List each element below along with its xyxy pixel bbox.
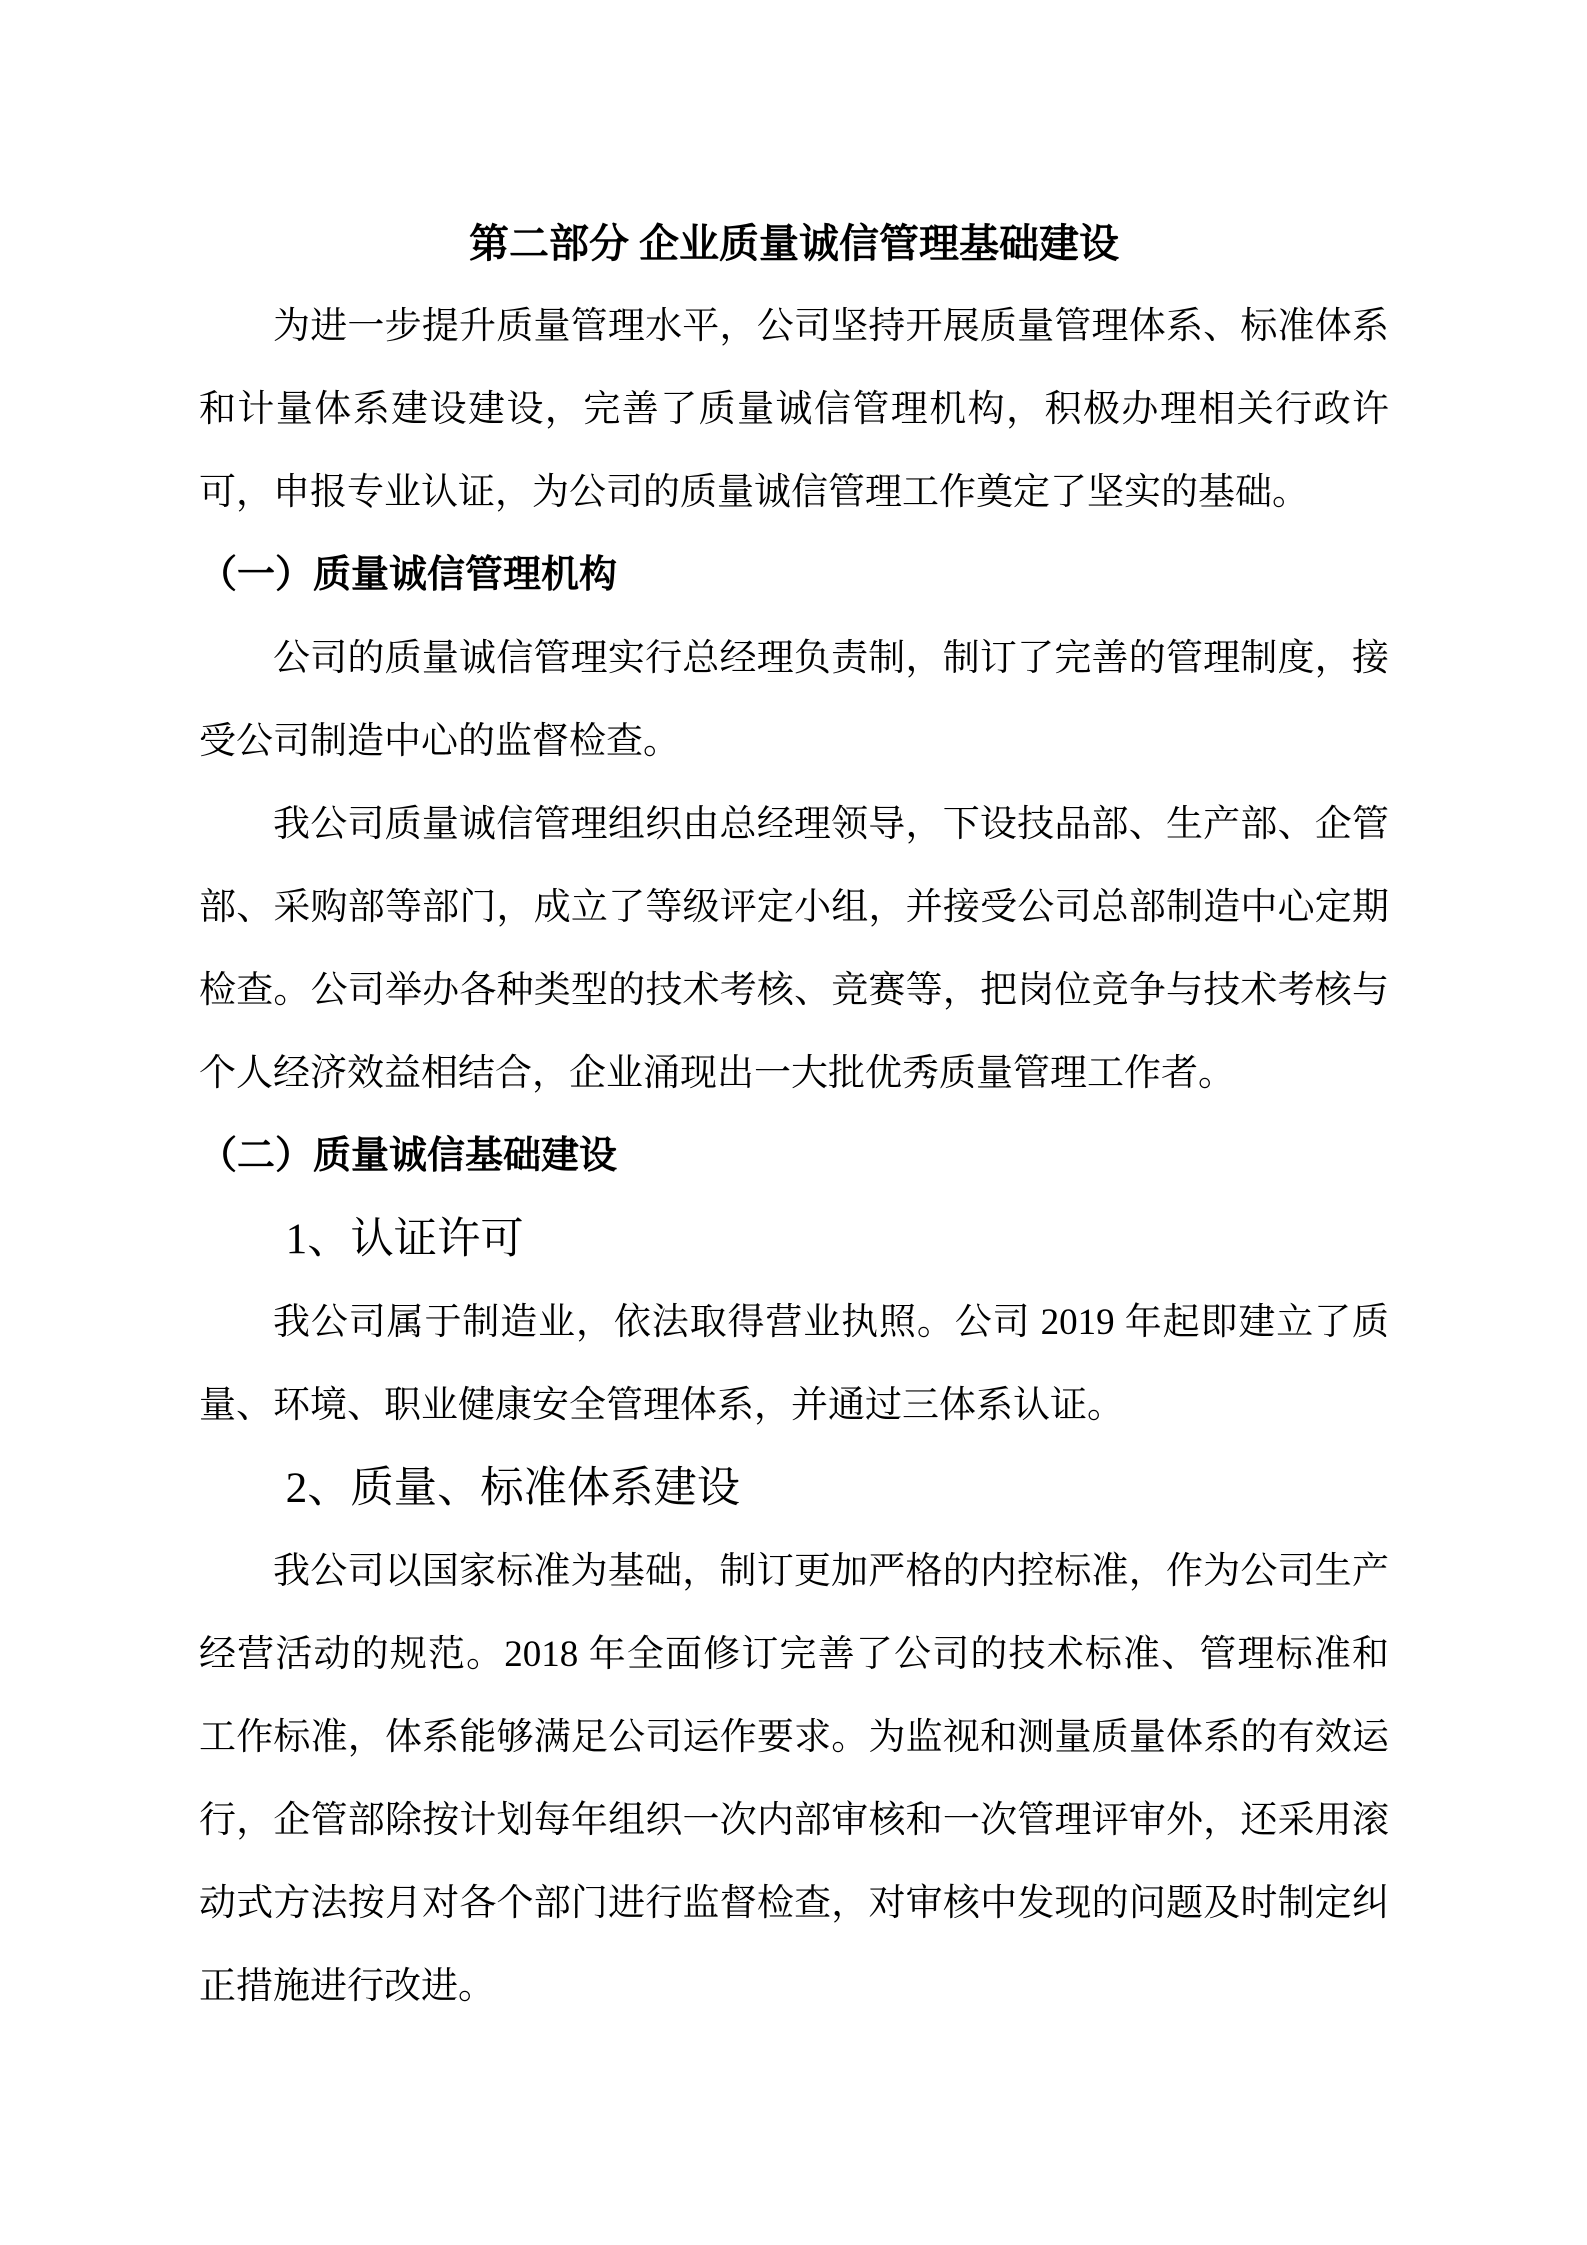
document-page: 第二部分 企业质量诚信管理基础建设 为进一步提升质量管理水平，公司坚持开展质量管…	[0, 0, 1587, 2245]
section1-paragraph-2: 我公司质量诚信管理组织由总经理领导，下设技品部、生产部、企管部、采购部等部门，成…	[199, 783, 1389, 1115]
subheading-quality-standard-system: 2、质量、标准体系建设	[199, 1447, 1389, 1530]
document-title: 第二部分 企业质量诚信管理基础建设	[199, 202, 1389, 285]
section-heading-quality-integrity-foundation: （二）质量诚信基础建设	[199, 1115, 1389, 1198]
section1-paragraph-1: 公司的质量诚信管理实行总经理负责制，制订了完善的管理制度，接受公司制造中心的监督…	[199, 617, 1389, 783]
certification-paragraph: 我公司属于制造业，依法取得营业执照。公司 2019 年起即建立了质量、环境、职业…	[199, 1281, 1389, 1447]
subheading-certification-permit: 1、认证许可	[199, 1198, 1389, 1281]
standard-system-paragraph: 我公司以国家标准为基础，制订更加严格的内控标准，作为公司生产经营活动的规范。20…	[199, 1530, 1389, 2028]
section-heading-quality-integrity-organization: （一）质量诚信管理机构	[199, 534, 1389, 617]
intro-paragraph: 为进一步提升质量管理水平，公司坚持开展质量管理体系、标准体系和计量体系建设建设，…	[199, 285, 1389, 534]
